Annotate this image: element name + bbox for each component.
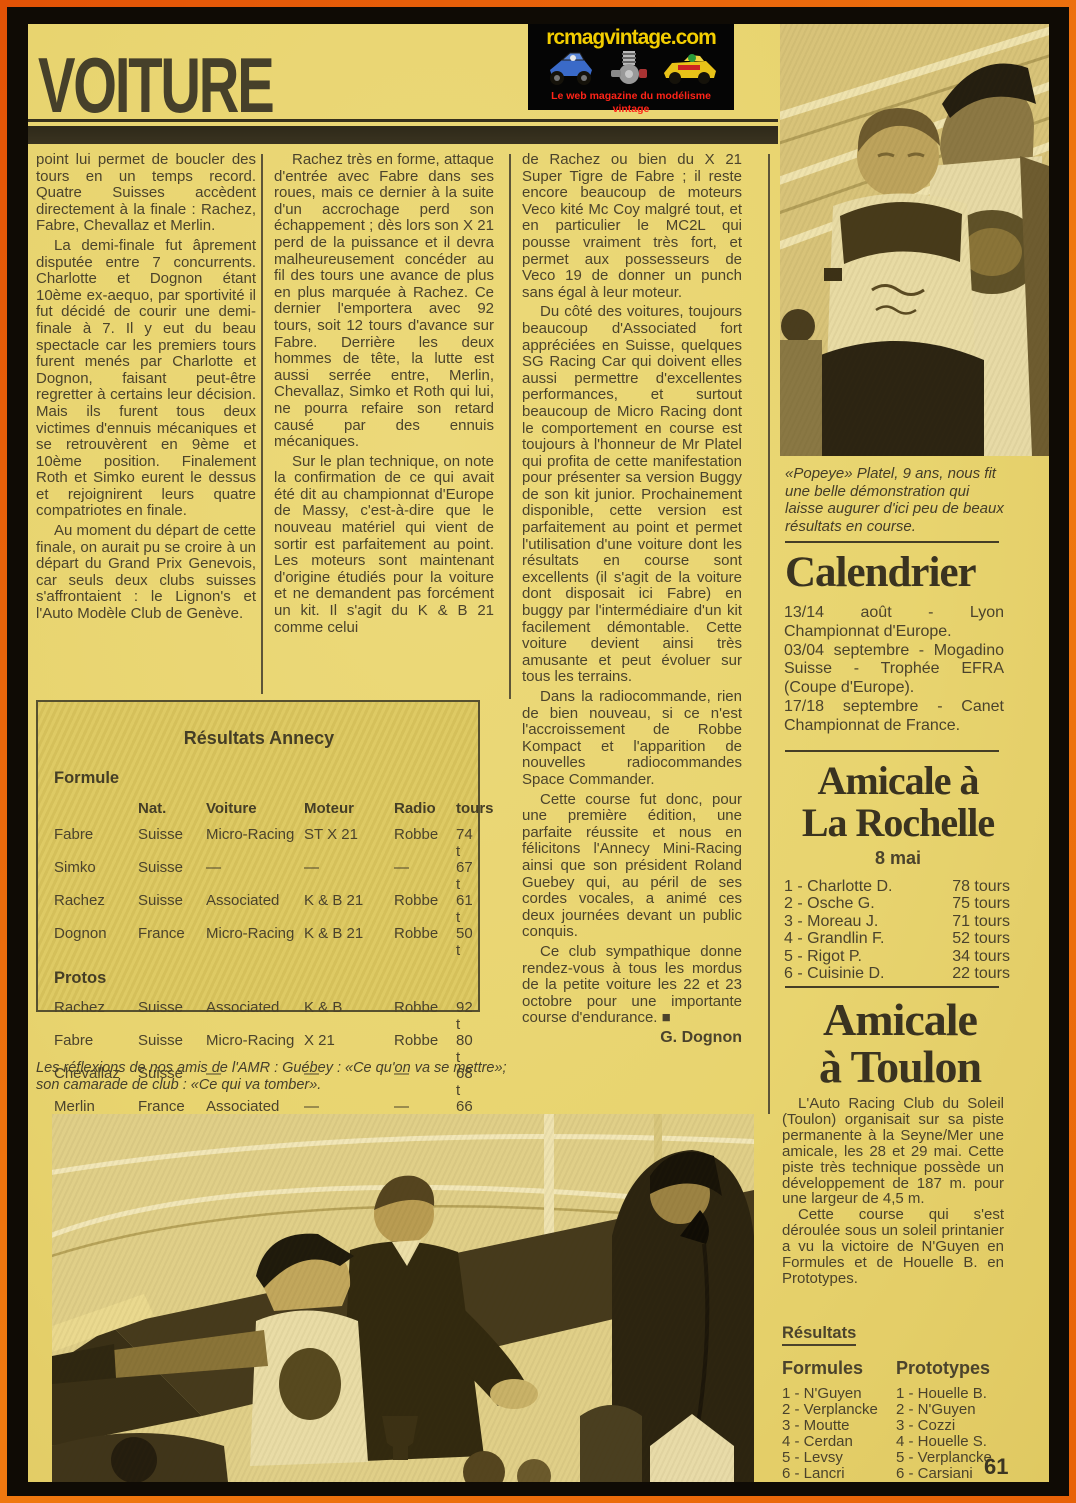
paragraph: Rachez très en forme, attaque d'entrée a…: [274, 152, 494, 451]
la-rochelle-date: 8 mai: [778, 848, 1018, 869]
list-item: 2 - N'Guyen: [896, 1402, 1021, 1418]
calendrier-title: Calendrier: [785, 548, 976, 597]
paragraph: Cette course fut donc, pour une première…: [522, 792, 742, 941]
col-header-nat: Nat.: [138, 800, 204, 817]
la-rochelle-results: 1 - Charlotte D.78 tours 2 - Osche G.75 …: [784, 878, 1010, 982]
col-header-voiture: Voiture: [206, 800, 302, 817]
paragraph: La demi-finale fut âprement disputée ent…: [36, 238, 256, 520]
list-item: 4 - Cerdan: [782, 1434, 892, 1450]
table-row: RachezSuisseAssociatedK & BRobbe92 t: [54, 1000, 464, 1033]
table-section-protos: Protos: [54, 969, 464, 988]
result-row: 5 - Rigot P.34 tours: [784, 948, 1010, 965]
table-header-row: Nat. Voiture Moteur Radio tours: [54, 800, 464, 817]
column-rule-1: [261, 154, 263, 694]
calendar-entry: 03/04 septembre - Mogadino Suisse - Trop…: [784, 642, 1004, 698]
list-item: 2 - Verplancke: [782, 1402, 892, 1418]
header-rule-thin: [28, 119, 778, 122]
list-item: 1 - Houelle B.: [896, 1386, 1021, 1402]
paragraph: Du côté des voitures, toujours beaucoup …: [522, 304, 742, 686]
result-row: 3 - Moreau J.71 tours: [784, 913, 1010, 930]
paragraph: L'Auto Racing Club du Soleil (Toulon) or…: [782, 1096, 1004, 1207]
la-rochelle-title: Amicale à La Rochelle: [778, 760, 1018, 844]
table-photo-caption: Les réflexions de nos amis de l'AMR : Gu…: [36, 1060, 536, 1094]
list-item: 3 - Cozzi: [896, 1418, 1021, 1434]
toulon-results-label: Résultats: [782, 1324, 856, 1346]
calendar-entry: 17/18 septembre - Canet Championnat de F…: [784, 698, 1004, 736]
col-header-radio: Radio: [394, 800, 454, 817]
toulon-title: Amicale à Toulon: [778, 996, 1022, 1090]
table-row: SimkoSuisse———67 t: [54, 860, 464, 893]
popeye-photo: [780, 24, 1049, 456]
list-item: 1 - N'Guyen: [782, 1386, 892, 1402]
paragraph: Au moment du départ de cette finale, on …: [36, 523, 256, 623]
table-row: FabreSuisseMicro-RacingST X 21Robbe74 t: [54, 827, 464, 860]
article-column-2: Rachez très en forme, attaque d'entrée a…: [274, 152, 494, 639]
column-rule-3: [768, 154, 770, 1114]
paragraph: Cette course qui s'est déroulée sous un …: [782, 1207, 1004, 1287]
page-frame: VOITURE rcmagvintage.com: [0, 0, 1076, 1503]
list-item: 3 - Moutte: [782, 1418, 892, 1434]
site-logo-title: rcmagvintage.com: [532, 26, 730, 50]
result-row: 1 - Charlotte D.78 tours: [784, 878, 1010, 895]
paragraph: Ce club sympathique donne rendez-vous à …: [522, 944, 742, 1027]
table-section-formule: Formule: [54, 769, 464, 788]
site-logo-tagline: Le web magazine du modélisme vintage: [532, 90, 730, 116]
section-title: VOITURE: [38, 40, 273, 131]
article-column-1: point lui permet de boucler des tours en…: [36, 152, 256, 626]
site-logo-icons: [538, 50, 724, 90]
popeye-photo-caption: «Popeye» Platel, 9 ans, nous fit une bel…: [785, 465, 1005, 535]
column-rule-2: [509, 154, 511, 699]
section-divider: [785, 541, 999, 543]
race-car-icon: [662, 51, 718, 90]
col-header-moteur: Moteur: [304, 800, 392, 817]
paragraph: Dans la radiocommande, rien de bien nouv…: [522, 689, 742, 789]
author-signature: G. Dognon: [522, 1030, 742, 1047]
list-item: 6 - Lancri: [782, 1466, 892, 1482]
article-column-3: de Rachez ou bien du X 21 Super Tigre de…: [522, 152, 742, 1046]
paragraph: Sur le plan technique, on note la confir…: [274, 454, 494, 637]
list-item: 4 - Houelle S.: [896, 1434, 1021, 1450]
engine-icon: [609, 49, 649, 92]
formules-header: Formules: [782, 1358, 863, 1379]
list-item: 5 - Levsy: [782, 1450, 892, 1466]
site-logo: rcmagvintage.com: [528, 24, 734, 110]
col-header-tours: tours: [456, 800, 494, 817]
calendrier-entries: 13/14 août - Lyon Championnat d'Europe. …: [784, 604, 1004, 736]
table-title: Résultats Annecy: [54, 728, 464, 749]
result-row: 4 - Grandlin F.52 tours: [784, 930, 1010, 947]
section-divider: [785, 750, 999, 752]
formules-list: 1 - N'Guyen 2 - Verplancke 3 - Moutte 4 …: [782, 1386, 892, 1481]
toulon-body: L'Auto Racing Club du Soleil (Toulon) or…: [782, 1096, 1004, 1287]
table-row: RachezSuisseAssociatedK & B 21Robbe61 t: [54, 893, 464, 926]
scan-black-edge: VOITURE rcmagvintage.com: [7, 7, 1069, 1496]
header-rule-band: [28, 126, 778, 144]
annecy-results-table: Résultats Annecy Formule Nat. Voiture Mo…: [36, 700, 480, 1012]
paragraph: de Rachez ou bien du X 21 Super Tigre de…: [522, 152, 742, 301]
section-divider: [785, 986, 999, 988]
result-row: 6 - Cuisinie D.22 tours: [784, 965, 1010, 982]
calendar-entry: 13/14 août - Lyon Championnat d'Europe.: [784, 604, 1004, 642]
magazine-page: VOITURE rcmagvintage.com: [28, 24, 1049, 1482]
rc-buggy-icon: [544, 50, 596, 91]
result-row: 2 - Osche G.75 tours: [784, 895, 1010, 912]
podium-photo: [52, 1114, 754, 1482]
page-number: 61: [984, 1454, 1008, 1480]
paragraph: point lui permet de boucler des tours en…: [36, 152, 256, 235]
table-row: DognonFranceMicro-RacingK & B 21Robbe50 …: [54, 926, 464, 959]
prototypes-header: Prototypes: [896, 1358, 990, 1379]
